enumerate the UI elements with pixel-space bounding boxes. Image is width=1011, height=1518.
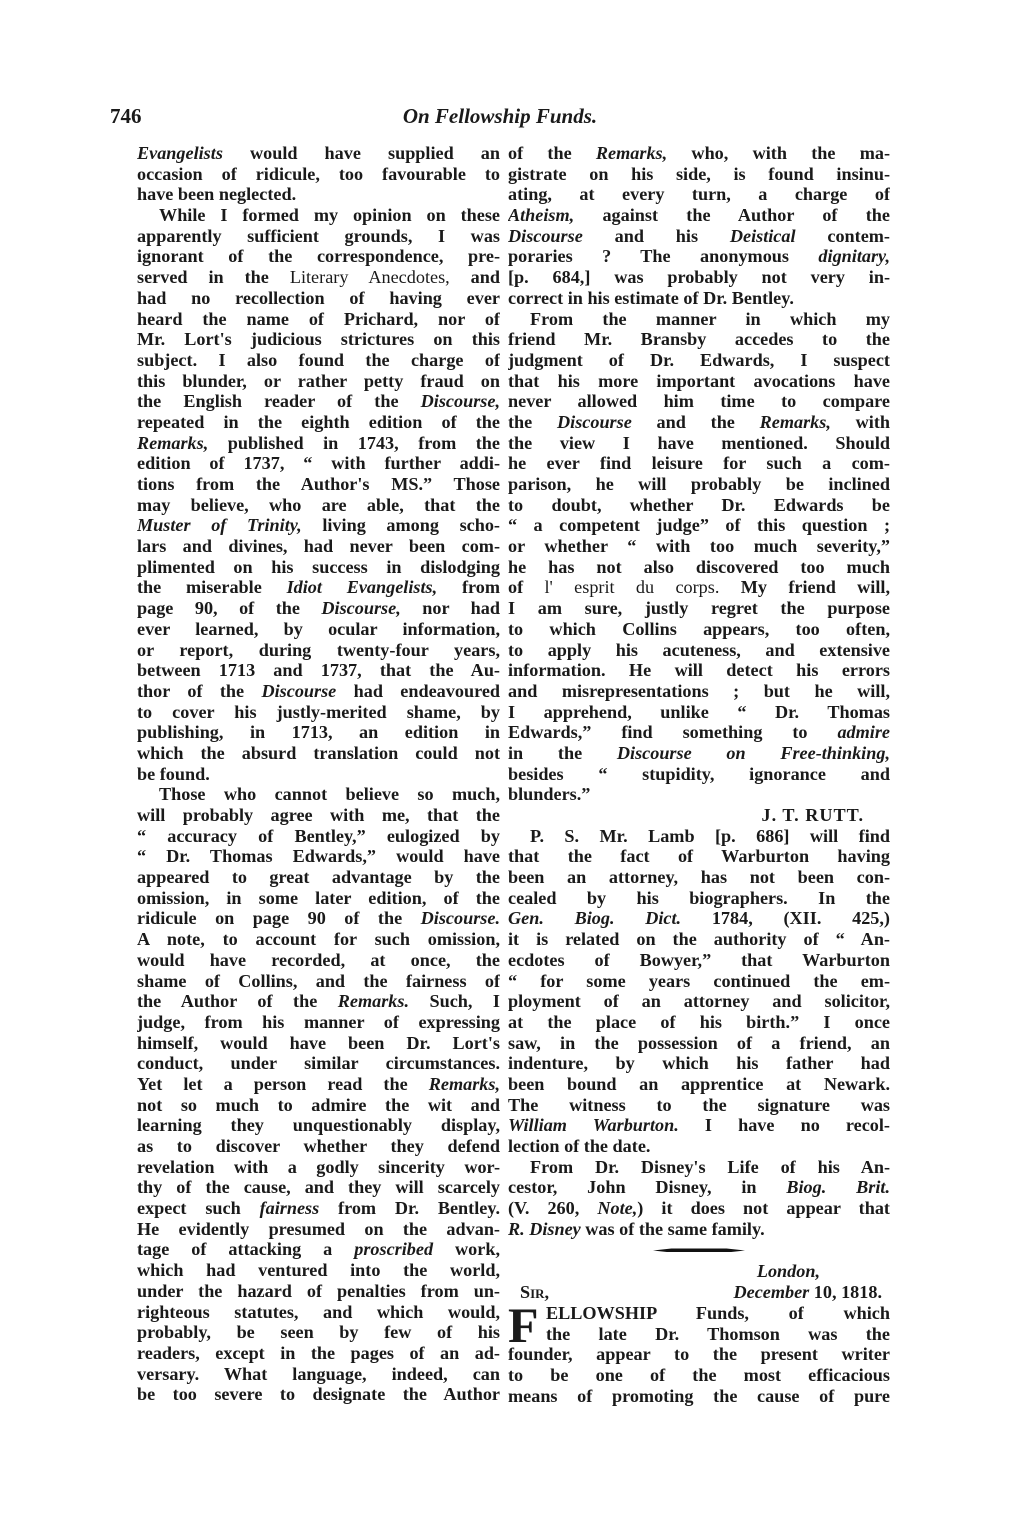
text-run: subject. I also found the charge of — [137, 350, 500, 370]
text-line: himself, would have been Dr. Lort's — [137, 1033, 500, 1054]
text-run: he has not also discovered too much — [508, 557, 890, 577]
text-run: From Dr. Disney's Life of his An- — [530, 1157, 890, 1177]
text-run: correct in his estimate of Dr. Bentley. — [508, 288, 794, 308]
text-line: and misrepresentations ; but he will, — [508, 681, 890, 702]
text-line: cealed by his biographers. In the — [508, 888, 890, 909]
text-run: A note, to account for such omission, — [137, 929, 500, 949]
text-line: ever learned, by ocular information, — [137, 619, 500, 640]
italic-text-run: Gen. Biog. Dict. — [508, 908, 681, 928]
text-line: learning they unquestionably display, — [137, 1115, 500, 1136]
text-run: Edwards,” find something to — [508, 722, 837, 742]
text-line: may believe, who are able, that the — [137, 495, 500, 516]
text-run: had endeavoured — [336, 681, 500, 701]
text-line: shame of Collins, and the fairness of — [137, 971, 500, 992]
text-run: [p. 684,] was probably not very in- — [508, 267, 890, 287]
text-run: omission, in some later edition, of the — [137, 888, 500, 908]
body-line: to be one of the most efficacious — [508, 1365, 890, 1386]
text-line: lars and divines, had never been com- — [137, 536, 500, 557]
text-run: friend Mr. Bransby accedes to the — [508, 329, 890, 349]
text-run: revelation with a godly sincerity wor- — [137, 1157, 500, 1177]
text-run: Such, I — [409, 991, 500, 1011]
text-line: friend Mr. Bransby accedes to the — [508, 329, 890, 350]
text-run: which the absurd translation could not — [137, 743, 500, 763]
text-run: (V. 260, — [508, 1198, 597, 1218]
text-run: never allowed him time to compare — [508, 391, 890, 411]
text-run: or whether “ with too much severity,” — [508, 536, 890, 556]
postscript: P. S. Mr. Lamb [p. 686] will findthat th… — [508, 826, 890, 1240]
italic-text-run: Discourse, — [321, 598, 400, 618]
text-run: “ accuracy of Bentley,” eulogized by — [137, 826, 500, 846]
text-line: judgment of Dr. Edwards, I suspect — [508, 350, 890, 371]
text-line: Muster of Trinity, living among scho- — [137, 515, 500, 536]
text-run: cealed by his biographers. In the — [508, 888, 890, 908]
text-run: indenture, by which his father had — [508, 1053, 890, 1073]
text-line: From Dr. Disney's Life of his An- — [508, 1157, 890, 1178]
text-run: with — [831, 412, 890, 432]
text-line: plimented on his success in dislodging — [137, 557, 500, 578]
text-line: While I formed my opinion on these — [137, 205, 500, 226]
text-line: Mr. Lort's judicious strictures on this — [137, 329, 500, 350]
text-run: lection of the date. — [508, 1136, 650, 1156]
text-run: to which Collins appears, too often, — [508, 619, 890, 639]
text-run: P. S. Mr. Lamb [p. 686] will find — [530, 826, 890, 846]
text-line: thy of the cause, and they will scarcely — [137, 1177, 500, 1198]
text-line: occasion of ridicule, too favourable to — [137, 164, 500, 185]
text-line: indenture, by which his father had — [508, 1053, 890, 1074]
text-run: to apply his acuteness, and extensive — [508, 640, 890, 660]
text-line: subject. I also found the charge of — [137, 350, 500, 371]
text-run: that his more important avocations have — [508, 371, 890, 391]
letter-dateline: Sir, December 10, 1818. — [508, 1282, 890, 1303]
text-run: learning they unquestionably display, — [137, 1115, 500, 1135]
text-line: in the Discourse on Free-thinking, — [508, 743, 890, 764]
text-run: be too severe to designate the Author — [137, 1384, 500, 1404]
text-line: “ accuracy of Bentley,” eulogized by — [137, 826, 500, 847]
body-line: means of promoting the cause of pure — [508, 1386, 890, 1407]
text-run: expect such — [137, 1198, 260, 1218]
text-line: apparently sufficient grounds, I was — [137, 226, 500, 247]
text-run: the English reader of the — [137, 391, 421, 411]
text-line: “ a competent judge” of this question ; — [508, 515, 890, 536]
text-line: which had ventured into the world, — [137, 1260, 500, 1281]
text-line: thor of the Discourse had endeavoured — [137, 681, 500, 702]
text-line: parison, he will probably be inclined — [508, 474, 890, 495]
text-line: Evangelists would have supplied an — [137, 143, 500, 164]
text-run: The witness to the signature was — [508, 1095, 890, 1115]
italic-text-run: Discourse. — [421, 908, 500, 928]
italic-text-run: R. Disney — [508, 1219, 581, 1239]
text-run: tage of attacking a — [137, 1239, 354, 1259]
text-run: or report, during twenty-four years, — [137, 640, 500, 660]
text-line: edition of 1737, “ with further addi- — [137, 453, 500, 474]
text-run: ) it does not appear that — [637, 1198, 890, 1218]
text-run: and his — [583, 226, 730, 246]
text-run: tions from the Author's MS.” Those — [137, 474, 500, 494]
text-line: under the hazard of penalties from un- — [137, 1281, 500, 1302]
text-line: poraries ? The anonymous dignitary, — [508, 246, 890, 267]
text-run: plimented on his success in dislodging — [137, 557, 500, 577]
text-run: be found. — [137, 764, 210, 784]
text-run: from — [437, 577, 500, 597]
text-run: against the Author of the — [574, 205, 890, 225]
text-line: at the place of his birth.” I once — [508, 1012, 890, 1033]
text-run: judgment of Dr. Edwards, I suspect — [508, 350, 890, 370]
fellowship-funds-opening: F ELLOWSHIP Funds, of which the late Dr.… — [508, 1303, 890, 1406]
italic-text-run: dignitary, — [818, 246, 890, 266]
text-line: the Author of the Remarks. Such, I — [137, 991, 500, 1012]
text-line: been an attorney, has not been con- — [508, 867, 890, 888]
text-run: parison, he will probably be inclined — [508, 474, 890, 494]
text-line: correct in his estimate of Dr. Bentley. — [508, 288, 890, 309]
text-line: blunders.” — [508, 784, 890, 805]
text-line: this blunder, or rather petty fraud on — [137, 371, 500, 392]
italic-text-run: Literary Anecdotes, — [290, 267, 450, 287]
text-line: The witness to the signature was — [508, 1095, 890, 1116]
text-run: saw, in the possession of a friend, an — [508, 1033, 890, 1053]
text-line: Discourse and his Deistical contem- — [508, 226, 890, 247]
text-run: been an attorney, has not been con- — [508, 867, 890, 887]
text-run: page 90, of the — [137, 598, 321, 618]
text-run: nor had — [401, 598, 500, 618]
text-line: tage of attacking a proscribed work, — [137, 1239, 500, 1260]
text-run: repeated in the eighth edition of the — [137, 412, 500, 432]
italic-text-run: Muster of Trinity, — [137, 515, 302, 535]
italic-text-run: Discourse — [508, 226, 583, 246]
italic-text-run: Note, — [597, 1198, 637, 1218]
text-run: ployment of an attorney and solicitor, — [508, 991, 890, 1011]
italic-text-run: Idiot Evangelists, — [287, 577, 438, 597]
text-line: judge, from his manner of expressing — [137, 1012, 500, 1033]
text-run: poraries ? The anonymous — [508, 246, 818, 266]
text-line: repeated in the eighth edition of the — [137, 412, 500, 433]
text-run: published in 1743, from the — [208, 433, 500, 453]
text-line: to doubt, whether Dr. Edwards be — [508, 495, 890, 516]
text-run: himself, would have been Dr. Lort's — [137, 1033, 500, 1053]
text-run: he ever find leisure for such a com- — [508, 453, 890, 473]
text-line: Edwards,” find something to admire — [508, 722, 890, 743]
text-run: blunders.” — [508, 784, 590, 804]
text-run: probably, be seen by few of his — [137, 1322, 500, 1342]
italic-text-run: proscribed — [354, 1239, 433, 1259]
text-line: it is related on the authority of “ An- — [508, 929, 890, 950]
text-line: the Discourse and the Remarks, with — [508, 412, 890, 433]
text-run: ecdotes of Bowyer,” that Warburton — [508, 950, 890, 970]
text-line: the miserable Idiot Evangelists, from — [137, 577, 500, 598]
text-run: who, with the ma- — [667, 143, 890, 163]
text-line: revelation with a godly sincerity wor- — [137, 1157, 500, 1178]
letter-date: December 10, 1818. — [734, 1282, 883, 1303]
text-run: which had ventured into the world, — [137, 1260, 500, 1280]
text-run: While I formed my opinion on these — [159, 205, 500, 225]
text-line: “ Dr. Thomas Edwards,” would have — [137, 846, 500, 867]
italic-text-run: Deistical — [730, 226, 796, 246]
text-run: I am sure, justly regret the purpose — [508, 598, 890, 618]
italic-text-run: Atheism, — [508, 205, 574, 225]
text-line: I apprehend, unlike “ Dr. Thomas — [508, 702, 890, 723]
text-run: appeared to great advantage by the — [137, 867, 500, 887]
text-run: between 1713 and 1737, that the Au- — [137, 660, 500, 680]
text-line: been bound an apprentice at Newark. — [508, 1074, 890, 1095]
text-run: may believe, who are able, that the — [137, 495, 500, 515]
left-column: Evangelists would have supplied anoccasi… — [137, 143, 500, 1405]
running-title: On Fellowship Funds. — [110, 104, 890, 129]
text-line: ridicule on page 90 of the Discourse. — [137, 908, 500, 929]
text-line: ecdotes of Bowyer,” that Warburton — [508, 950, 890, 971]
text-run: lars and divines, had never been com- — [137, 536, 500, 556]
text-line: gistrate on his side, is found insinu- — [508, 164, 890, 185]
text-run: gistrate on his side, is found insinu- — [508, 164, 890, 184]
text-line: tions from the Author's MS.” Those — [137, 474, 500, 495]
text-run: contem- — [796, 226, 890, 246]
text-line: [p. 684,] was probably not very in- — [508, 267, 890, 288]
text-run: cestor, John Disney, in — [508, 1177, 786, 1197]
text-line: be too severe to designate the Author — [137, 1384, 500, 1405]
drop-cap: F — [508, 1305, 539, 1345]
text-line: ignorant of the correspondence, pre- — [137, 246, 500, 267]
rutt-letter-continuation: of the Remarks, who, with the ma-gistrat… — [508, 143, 890, 805]
text-line: or report, during twenty-four years, — [137, 640, 500, 661]
text-line: ating, at every turn, a charge of — [508, 184, 890, 205]
text-run: to cover his justly-merited shame, by — [137, 702, 500, 722]
text-run: had no recollection of having ever — [137, 288, 500, 308]
text-line: readers, except in the pages of an ad- — [137, 1343, 500, 1364]
text-line: to cover his justly-merited shame, by — [137, 702, 500, 723]
text-line: omission, in some later edition, of the — [137, 888, 500, 909]
text-run: heard the name of Prichard, nor of — [137, 309, 500, 329]
text-run: Mr. Lort's judicious strictures on this — [137, 329, 500, 349]
text-run: been bound an apprentice at Newark. — [508, 1074, 890, 1094]
text-run: “ Dr. Thomas Edwards,” would have — [137, 846, 500, 866]
text-line: Those who cannot believe so much, — [137, 784, 500, 805]
text-run: in the — [508, 743, 617, 763]
text-run: not so much to admire the wit and — [137, 1095, 500, 1115]
text-line: would have recorded, at once, the — [137, 950, 500, 971]
text-line: versary. What language, indeed, can — [137, 1364, 500, 1385]
right-column: of the Remarks, who, with the ma-gistrat… — [508, 143, 890, 1406]
text-line: William Warburton. I have no recol- — [508, 1115, 890, 1136]
text-run: and the — [632, 412, 760, 432]
italic-text-run: Remarks, — [760, 412, 831, 432]
opening-line-1: ELLOWSHIP Funds, of which — [508, 1303, 890, 1324]
italic-text-run: admire — [837, 722, 890, 742]
italic-text-run: Discourse — [261, 681, 336, 701]
body-line: founder, appear to the present writer — [508, 1344, 890, 1365]
text-line: to which Collins appears, too often, — [508, 619, 890, 640]
text-line: ployment of an attorney and solicitor, — [508, 991, 890, 1012]
text-line: not so much to admire the wit and — [137, 1095, 500, 1116]
italic-text-run: Remarks, — [429, 1074, 500, 1094]
text-line: He evidently presumed on the advan- — [137, 1219, 500, 1240]
text-line: righteous statutes, and which would, — [137, 1302, 500, 1323]
text-line: probably, be seen by few of his — [137, 1322, 500, 1343]
text-run: From the manner in which my — [530, 309, 890, 329]
text-line: which the absurd translation could not — [137, 743, 500, 764]
text-line: he has not also discovered too much — [508, 557, 890, 578]
text-run: served in the — [137, 267, 290, 287]
text-run: righteous statutes, and which would, — [137, 1302, 500, 1322]
text-line: be found. — [137, 764, 500, 785]
text-run: as to discover whether they defend — [137, 1136, 500, 1156]
page-header: 746 On Fellowship Funds. — [110, 104, 890, 132]
italic-text-run: Biog. Brit. — [786, 1177, 890, 1197]
text-run: judge, from his manner of expressing — [137, 1012, 500, 1032]
text-line: of l' esprit du corps. My friend will, — [508, 577, 890, 598]
italic-text-run: l' esprit du corps. — [545, 577, 720, 597]
text-line: the view I have mentioned. Should — [508, 433, 890, 454]
text-run: of — [508, 577, 545, 597]
italic-text-run: Remarks. — [338, 991, 409, 1011]
text-run: Yet let a person read the — [137, 1074, 429, 1094]
text-run: and misrepresentations ; but he will, — [508, 681, 890, 701]
text-line: he ever find leisure for such a com- — [508, 453, 890, 474]
text-run: apparently sufficient grounds, I was — [137, 226, 500, 246]
text-run: 1784, (XII. 425,) — [681, 908, 890, 928]
text-run: would have recorded, at once, the — [137, 950, 500, 970]
text-run: ignorant of the correspondence, pre- — [137, 246, 500, 266]
text-line: publishing, in 1713, an edition in — [137, 722, 500, 743]
text-run: under the hazard of penalties from un- — [137, 1281, 500, 1301]
text-run: publishing, in 1713, an edition in — [137, 722, 500, 742]
italic-text-run: Discourse — [557, 412, 632, 432]
text-run: ridicule on page 90 of the — [137, 908, 421, 928]
text-line: P. S. Mr. Lamb [p. 686] will find — [508, 826, 890, 847]
text-run: I have no recol- — [679, 1115, 890, 1135]
text-line: page 90, of the Discourse, nor had — [137, 598, 500, 619]
text-line: between 1713 and 1737, that the Au- — [137, 660, 500, 681]
italic-text-run: Evangelists — [137, 143, 223, 163]
text-run: the view I have mentioned. Should — [508, 433, 890, 453]
text-run: information. He will detect his errors — [508, 660, 890, 680]
italic-text-run: Discourse on Free-thinking, — [617, 743, 890, 763]
text-run: have been neglected. — [137, 184, 296, 204]
text-run: from Dr. Bentley. — [319, 1198, 500, 1218]
text-line: served in the Literary Anecdotes, and — [137, 267, 500, 288]
text-run: My friend will, — [719, 577, 890, 597]
text-run: conduct, under similar circumstances. — [137, 1053, 500, 1073]
italic-text-run: fairness — [260, 1198, 320, 1218]
text-run: thy of the cause, and they will scarcely — [137, 1177, 500, 1197]
italic-text-run: William Warburton. — [508, 1115, 679, 1135]
text-line: saw, in the possession of a friend, an — [508, 1033, 890, 1054]
text-line: besides “ stupidity, ignorance and — [508, 764, 890, 785]
text-run: the miserable — [137, 577, 287, 597]
italic-text-run: Discourse, — [421, 391, 500, 411]
text-run: this blunder, or rather petty fraud on — [137, 371, 500, 391]
text-run: living among scho- — [302, 515, 500, 535]
text-line: to apply his acuteness, and extensive — [508, 640, 890, 661]
text-line: conduct, under similar circumstances. — [137, 1053, 500, 1074]
text-line: appeared to great advantage by the — [137, 867, 500, 888]
text-run: occasion of ridicule, too favourable to — [137, 164, 500, 184]
signature: J. T. RUTT. — [508, 805, 890, 826]
text-run: of the — [508, 143, 596, 163]
text-run: thor of the — [137, 681, 261, 701]
opening-line-2: the late Dr. Thomson was the — [508, 1324, 890, 1345]
text-run: was of the same family. — [581, 1219, 765, 1239]
text-line: lection of the date. — [508, 1136, 890, 1157]
text-run: Those who cannot believe so much, — [159, 784, 500, 804]
text-run: and — [450, 267, 500, 287]
text-line: that the fact of Warburton having — [508, 846, 890, 867]
letter-place: London, — [508, 1261, 890, 1282]
text-run: that the fact of Warburton having — [508, 846, 890, 866]
text-run: “ for some years continued the em- — [508, 971, 890, 991]
text-run: will probably agree with me, that the — [137, 805, 500, 825]
text-run: I apprehend, unlike “ Dr. Thomas — [508, 702, 890, 722]
text-line: will probably agree with me, that the — [137, 805, 500, 826]
italic-text-run: Remarks, — [596, 143, 667, 163]
text-line: that his more important avocations have — [508, 371, 890, 392]
text-line: or whether “ with too much severity,” — [508, 536, 890, 557]
text-line: (V. 260, Note,) it does not appear that — [508, 1198, 890, 1219]
italic-text-run: Remarks, — [137, 433, 208, 453]
text-run: “ a competent judge” of this question ; — [508, 515, 890, 535]
divider-rule — [653, 1248, 745, 1252]
text-line: the English reader of the Discourse, — [137, 391, 500, 412]
text-line: expect such fairness from Dr. Bentley. — [137, 1198, 500, 1219]
text-run: to doubt, whether Dr. Edwards be — [508, 495, 890, 515]
text-line: never allowed him time to compare — [508, 391, 890, 412]
text-run: it is related on the authority of “ An- — [508, 929, 890, 949]
text-line: heard the name of Prichard, nor of — [137, 309, 500, 330]
text-run: ever learned, by ocular information, — [137, 619, 500, 639]
text-line: as to discover whether they defend — [137, 1136, 500, 1157]
text-line: Atheism, against the Author of the — [508, 205, 890, 226]
text-run: work, — [433, 1239, 500, 1259]
text-run: ating, at every turn, a charge of — [508, 184, 890, 204]
text-run: edition of 1737, “ with further addi- — [137, 453, 500, 473]
text-run: versary. What language, indeed, can — [137, 1364, 500, 1384]
text-run: He evidently presumed on the advan- — [137, 1219, 500, 1239]
text-line: cestor, John Disney, in Biog. Brit. — [508, 1177, 890, 1198]
text-line: “ for some years continued the em- — [508, 971, 890, 992]
text-line: information. He will detect his errors — [508, 660, 890, 681]
section-divider — [508, 1239, 890, 1261]
text-line: had no recollection of having ever — [137, 288, 500, 309]
text-run: besides “ stupidity, ignorance and — [508, 764, 890, 784]
text-line: Gen. Biog. Dict. 1784, (XII. 425,) — [508, 908, 890, 929]
text-run: readers, except in the pages of an ad- — [137, 1343, 500, 1363]
text-run: the — [508, 412, 557, 432]
text-run: at the place of his birth.” I once — [508, 1012, 890, 1032]
text-line: R. Disney was of the same family. — [508, 1219, 890, 1240]
text-line: of the Remarks, who, with the ma- — [508, 143, 890, 164]
text-line: Remarks, published in 1743, from the — [137, 433, 500, 454]
text-line: Yet let a person read the Remarks, — [137, 1074, 500, 1095]
text-run: the Author of the — [137, 991, 338, 1011]
text-run: shame of Collins, and the fairness of — [137, 971, 500, 991]
text-line: A note, to account for such omission, — [137, 929, 500, 950]
text-line: have been neglected. — [137, 184, 500, 205]
text-line: From the manner in which my — [508, 309, 890, 330]
text-run: would have supplied an — [223, 143, 500, 163]
text-line: I am sure, justly regret the purpose — [508, 598, 890, 619]
